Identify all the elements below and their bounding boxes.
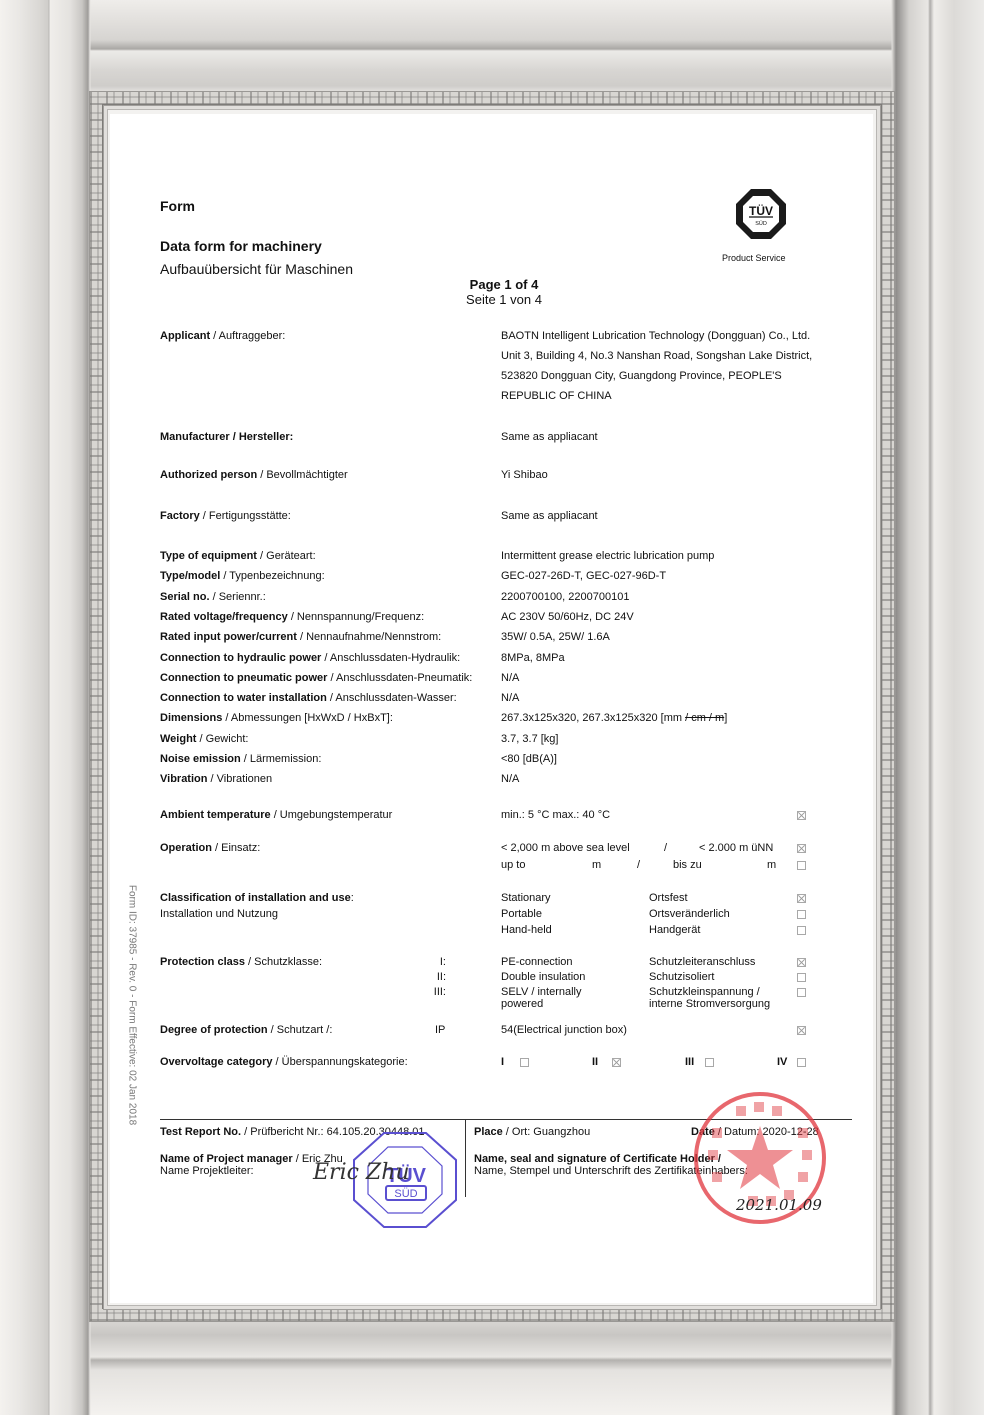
spec-label: Weight / Gewicht: <box>160 733 248 746</box>
protection-class-label: Protection class / Schutzklasse: <box>160 956 322 969</box>
protection-class-1-checkbox[interactable] <box>797 958 806 967</box>
spec-value: 35W/ 0.5A, 25W/ 1.6A <box>501 631 610 644</box>
ip-value: 54(Electrical junction box) <box>501 1024 627 1037</box>
svg-text:TÜV: TÜV <box>749 203 773 218</box>
applicant-line-2: Unit 3, Building 4, No.3 Nanshan Road, S… <box>501 350 812 363</box>
applicant-line-1: BAOTN Intelligent Lubrication Technology… <box>501 330 810 343</box>
ambient-checkbox[interactable] <box>797 811 806 820</box>
spec-label: Dimensions / Abmessungen [HxWxD / HxBxT]… <box>160 712 393 725</box>
operation-label: Operation / Einsatz: <box>160 842 260 855</box>
project-manager-de: Name Projektleiter: <box>160 1165 254 1178</box>
spec-label: Connection to hydraulic power / Anschlus… <box>160 652 460 665</box>
footer-column-divider <box>465 1119 466 1197</box>
ip-prefix: IP <box>435 1024 445 1037</box>
spec-value: 2200700100, 2200700101 <box>501 591 629 604</box>
pc-num-3: III: <box>426 986 446 999</box>
class-stationary: Stationary <box>501 892 551 905</box>
protection-class-3-checkbox[interactable] <box>797 988 806 997</box>
operation-biszu-label: bis zu <box>673 859 702 872</box>
manufacturer-value: Same as appliacant <box>501 431 598 444</box>
operation-sea-level-checkbox[interactable] <box>797 844 806 853</box>
ov-cat-3-label: III <box>685 1056 694 1069</box>
applicant-label: Applicant / Auftraggeber: <box>160 330 285 343</box>
class-handheld: Hand-held <box>501 924 552 937</box>
spec-label: Type/model / Typenbezeichnung: <box>160 570 325 583</box>
spec-value: 3.7, 3.7 [kg] <box>501 733 558 746</box>
classification-label: Classification of installation and use: <box>160 892 354 905</box>
spec-label: Noise emission / Lärmemission: <box>160 753 321 766</box>
operation-biszu-unit: m <box>767 859 776 872</box>
classification-label-de: Installation und Nutzung <box>160 908 278 921</box>
operation-separator-2: / <box>637 859 640 872</box>
spec-value: 8MPa, 8MPa <box>501 652 565 665</box>
pc-schutzisoliert: Schutzisoliert <box>649 971 714 984</box>
ov-cat-2-checkbox[interactable] <box>612 1058 621 1067</box>
class-ortsveraenderlich: Ortsveränderlich <box>649 908 730 921</box>
operation-custom-checkbox[interactable] <box>797 861 806 870</box>
ov-cat-2-label: II <box>592 1056 598 1069</box>
ov-cat-1-checkbox[interactable] <box>520 1058 529 1067</box>
spec-label: Serial no. / Seriennr.: <box>160 591 266 604</box>
ambient-value: min.: 5 °C max.: 40 °C <box>501 809 610 822</box>
spec-label: Rated input power/current / Nennaufnahme… <box>160 631 441 644</box>
svg-text:SÜD: SÜD <box>755 220 767 227</box>
spec-label: Rated voltage/frequency / Nennspannung/F… <box>160 611 424 624</box>
operation-option-de: < 2.000 m üNN <box>699 842 773 855</box>
stationary-checkbox[interactable] <box>797 894 806 903</box>
manufacturer-label: Manufacturer / Hersteller: <box>160 431 293 444</box>
pc-num-1: I: <box>426 956 446 969</box>
ov-cat-1-label: I <box>501 1056 504 1069</box>
authorized-person-label: Authorized person / Bevollmächtigter <box>160 469 348 482</box>
ip-checkbox[interactable] <box>797 1026 806 1035</box>
pc-num-2: II: <box>426 971 446 984</box>
spec-label: Connection to water installation / Ansch… <box>160 692 457 705</box>
operation-upto-label: up to <box>501 859 525 872</box>
operation-separator: / <box>664 842 667 855</box>
spec-value: AC 230V 50/60Hz, DC 24V <box>501 611 634 624</box>
spec-label: Connection to pneumatic power / Anschlus… <box>160 672 472 685</box>
tuv-sud-logo-icon: TÜV SÜD <box>735 188 787 240</box>
class-handgeraet: Handgerät <box>649 924 700 937</box>
page-number: Page 1 of 4 <box>404 278 604 292</box>
spec-value: <80 [dB(A)] <box>501 753 557 766</box>
authorized-person-value: Yi Shibao <box>501 469 548 482</box>
logo-caption: Product Service <box>722 252 786 265</box>
document-subtitle: Aufbauübersicht für Maschinen <box>160 263 353 276</box>
spec-value: 267.3x125x320, 267.3x125x320 [mm / cm / … <box>501 712 727 725</box>
pc-pe-connection: PE-connection <box>501 956 573 969</box>
page-number-de: Seite 1 von 4 <box>404 293 604 307</box>
spec-value: GEC-027-26D-T, GEC-027-96D-T <box>501 570 666 583</box>
spec-label: Type of equipment / Geräteart: <box>160 550 316 563</box>
ov-cat-4-label: IV <box>777 1056 787 1069</box>
protection-class-2-checkbox[interactable] <box>797 973 806 982</box>
operation-upto-unit: m <box>592 859 601 872</box>
form-id-note: Form ID: 37985 - Rev. 0 - Form Effective… <box>127 885 138 1125</box>
spec-label: Vibration / Vibrationen <box>160 773 272 786</box>
applicant-line-4: REPUBLIC OF CHINA <box>501 390 612 403</box>
operation-option-en: < 2,000 m above sea level <box>501 842 630 855</box>
pc-double-insulation: Double insulation <box>501 971 585 984</box>
spec-value: N/A <box>501 773 519 786</box>
pc-selv: SELV / internally powered <box>501 986 611 1010</box>
handheld-checkbox[interactable] <box>797 926 806 935</box>
ov-cat-3-checkbox[interactable] <box>705 1058 714 1067</box>
factory-label: Factory / Fertigungsstätte: <box>160 510 291 523</box>
form-label: Form <box>160 200 195 213</box>
factory-value: Same as appliacant <box>501 510 598 523</box>
certificate-holder-signature-date: 2021.01.09 <box>736 1196 822 1214</box>
ov-cat-4-checkbox[interactable] <box>797 1058 806 1067</box>
place: Place / Ort: Guangzhou <box>474 1126 590 1139</box>
spec-value: Intermittent grease electric lubrication… <box>501 550 714 563</box>
class-portable: Portable <box>501 908 542 921</box>
applicant-line-3: 523820 Dongguan City, Guangdong Province… <box>501 370 782 383</box>
document-title: Data form for machinery <box>160 240 322 253</box>
class-ortsfest: Ortsfest <box>649 892 688 905</box>
pc-schutzleiter: Schutzleiteranschluss <box>649 956 755 969</box>
project-manager-signature: Eric Zhu <box>313 1160 410 1185</box>
spec-value: N/A <box>501 672 519 685</box>
degree-protection-label: Degree of protection / Schutzart /: <box>160 1024 332 1037</box>
pc-schutzkleinspannung: Schutzkleinspannung / interne Stromverso… <box>649 986 789 1010</box>
overvoltage-label: Overvoltage category / Überspannungskate… <box>160 1056 408 1069</box>
spec-value: N/A <box>501 692 519 705</box>
ambient-label: Ambient temperature / Umgebungstemperatu… <box>160 809 392 822</box>
svg-text:SÜD: SÜD <box>394 1188 417 1200</box>
portable-checkbox[interactable] <box>797 910 806 919</box>
